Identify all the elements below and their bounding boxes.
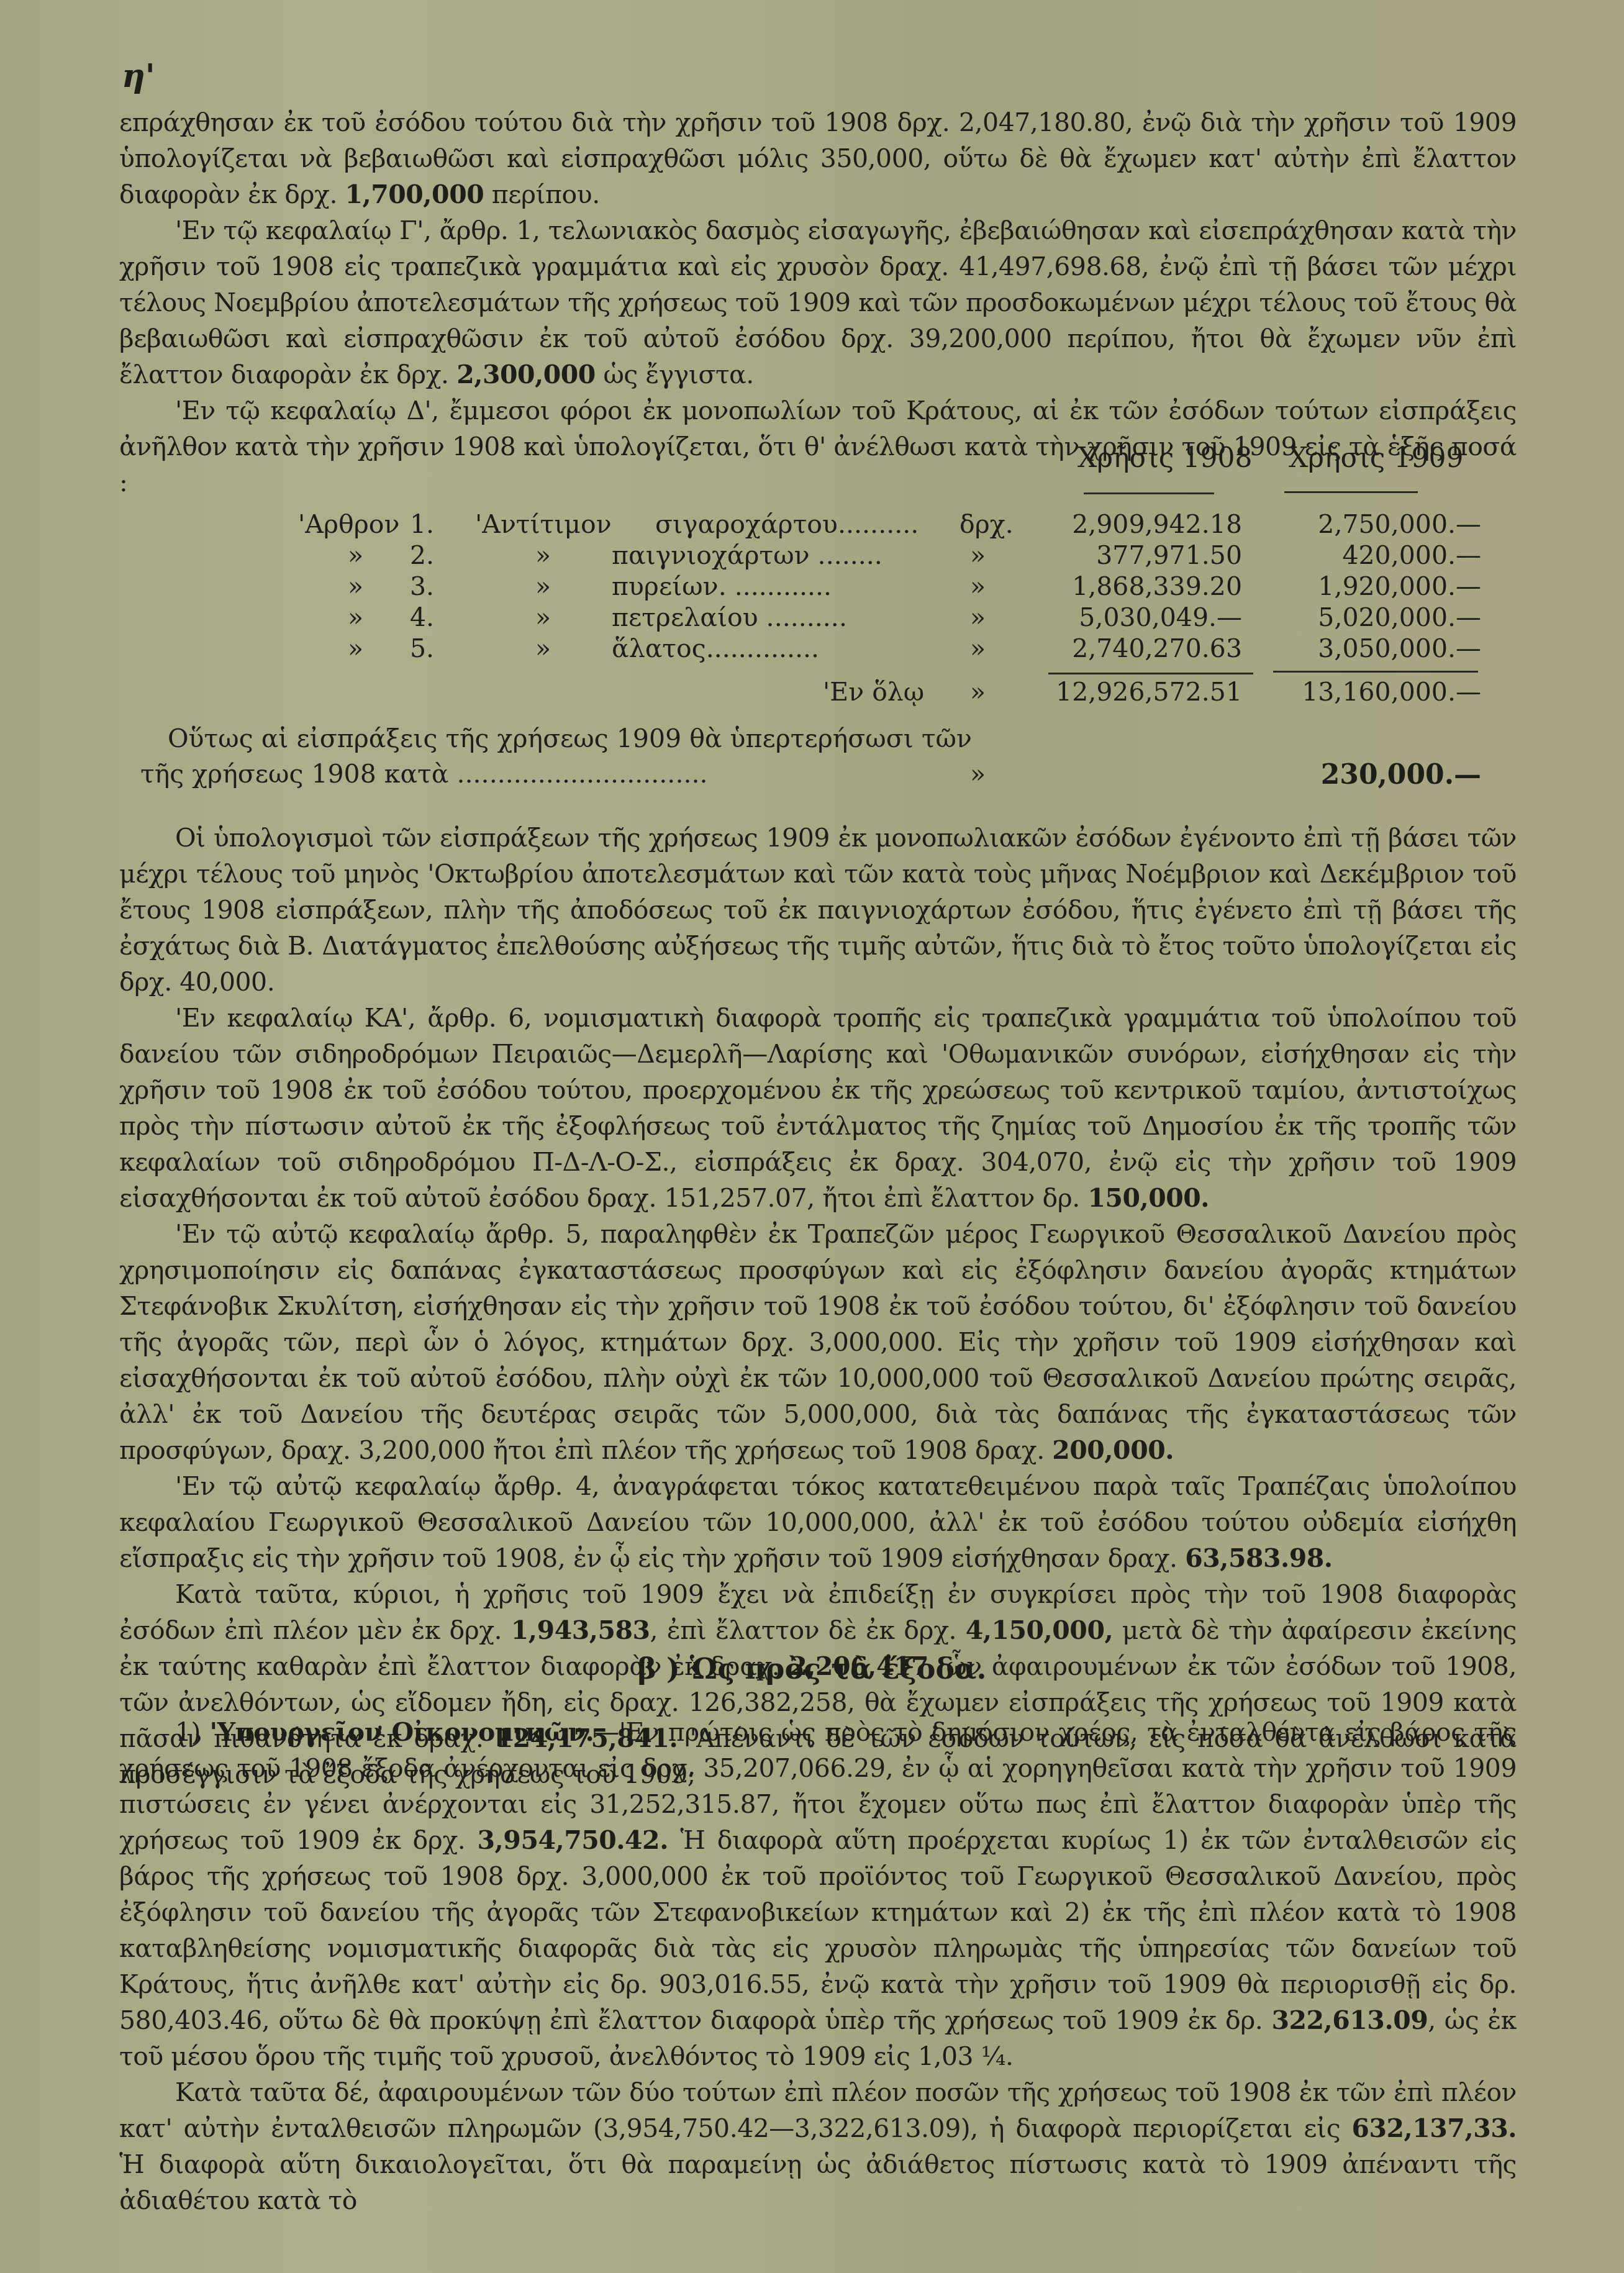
paragraph-p7: 'Εν τῷ αὐτῷ κεφαλαίῳ ἄρθρ. 4, ἀναγράφετα… xyxy=(119,1468,1517,1576)
article-label: » xyxy=(348,540,363,570)
item-name: πετρελαίου .......... xyxy=(612,602,847,632)
expense-text-block: 1) 'Υπουργεῖον Οἰκονομικῶν.—'Εν πρώτοις … xyxy=(119,1714,1517,2218)
total-1908: 12,926,572.51 xyxy=(1056,677,1242,707)
paragraph-tail: περίπου. xyxy=(484,179,600,209)
header-rule-1908 xyxy=(1084,492,1214,494)
article-label: » xyxy=(348,633,363,663)
column-header-1908: Χρῆσις 1908 xyxy=(1077,442,1252,474)
surplus-line-1: Οὕτως αἱ εἰσπράξεις τῆς χρήσεως 1909 θὰ … xyxy=(0,724,1624,760)
value-1909: 3,050,000.— xyxy=(1318,633,1481,663)
value-1909: 1,920,000.— xyxy=(1318,571,1481,601)
value-1909: 420,000.— xyxy=(1342,540,1481,570)
paragraph-text: 'Εν τῷ αὐτῷ κεφαλαίῳ ἄρθρ. 5, παραληφθὲν… xyxy=(119,1219,1517,1465)
paragraph-p10: Κατὰ ταῦτα δέ, ἀφαιρουμένων τῶν δύο τούτ… xyxy=(119,2074,1517,2218)
section-title-expenses: β ) Ὡς πρὸς τὰ ἔξοδα. xyxy=(0,1652,1624,1685)
paragraph-p9: 1) 'Υπουργεῖον Οἰκονομικῶν.—'Εν πρώτοις … xyxy=(119,1714,1517,2074)
sum-rule-1908 xyxy=(1048,673,1253,674)
paragraph-chapter-gamma: 'Εν τῷ κεφαλαίῳ Γ', ἄρθρ. 1, τελωνιακὸς … xyxy=(119,212,1517,392)
article-label: » xyxy=(348,571,363,601)
value-1908: 377,971.50 xyxy=(1096,540,1242,570)
paragraph-text: επράχθησαν ἐκ τοῦ ἐσόδου τούτου διὰ τὴν … xyxy=(119,107,1517,209)
value-1909: 2,750,000.— xyxy=(1318,509,1481,539)
surplus-text: Οὕτως αἱ εἰσπράξεις τῆς χρήσεως 1909 θὰ … xyxy=(168,724,972,753)
paragraph-text: , ἐπὶ ἔλαττον δὲ ἐκ δρχ. xyxy=(650,1615,966,1645)
table-total-row: 'Εν ὅλῳ » 12,926,572.51 13,160,000.— xyxy=(0,677,1624,713)
total-label: 'Εν ὅλῳ xyxy=(823,677,924,707)
paragraph-tail: ὡς ἔγγιστα. xyxy=(596,360,754,389)
article-number: 2. xyxy=(410,540,434,570)
item-name: παιγνιοχάρτων ........ xyxy=(612,540,882,570)
item-prefix: 'Αντίτιμον xyxy=(475,509,612,539)
article-number: 3. xyxy=(410,571,434,601)
item-prefix: » xyxy=(535,602,551,632)
paragraph-p5: 'Εν κεφαλαίῳ ΚΑ', ἄρθρ. 6, νομισματικὴ δ… xyxy=(119,1000,1517,1216)
bold-amount: 1,943,583 xyxy=(511,1615,650,1645)
value-1908: 2,740,270.63 xyxy=(1072,633,1242,663)
paragraph-p6: 'Εν τῷ αὐτῷ κεφαλαίῳ ἄρθρ. 5, παραληφθὲν… xyxy=(119,1216,1517,1468)
bold-amount: 632,137,33. xyxy=(1351,2113,1517,2143)
bold-amount: 4,150,000, xyxy=(966,1615,1114,1645)
paragraph-p4: Οἱ ὑπολογισμοὶ τῶν εἰσπράξεων τῆς χρήσεω… xyxy=(119,820,1517,1000)
article-number: 4. xyxy=(410,602,434,632)
surplus-unit: » xyxy=(970,759,986,789)
paragraph-text: 'Εν τῷ κεφαλαίῳ Γ', ἄρθρ. 1, τελωνιακὸς … xyxy=(119,216,1517,389)
value-1909: 5,020,000.— xyxy=(1318,602,1481,632)
article-number: 5. xyxy=(410,633,434,663)
item-name: πυρείων. ............ xyxy=(612,571,832,601)
article-label: 'Αρθρον xyxy=(298,509,399,539)
item-prefix: » xyxy=(535,571,551,601)
item-prefix: » xyxy=(535,540,551,570)
total-unit: » xyxy=(970,677,986,707)
paragraph-text: Ἡ διαφορὰ αὕτη δικαιολογεῖται, ὅτι θὰ πα… xyxy=(119,2149,1517,2215)
item-name: σιγαροχάρτου.......... xyxy=(655,509,919,539)
item-prefix: » xyxy=(535,633,551,663)
bold-amount: 200,000. xyxy=(1052,1435,1174,1465)
item-name: ἅλατος.............. xyxy=(612,633,819,663)
sum-rule-1909 xyxy=(1273,671,1478,673)
unit-label: » xyxy=(970,571,986,601)
paragraph-text: 'Εν κεφαλαίῳ ΚΑ', ἄρθρ. 6, νομισματικὴ δ… xyxy=(119,1003,1517,1213)
bold-amount: 3,954,750.42. xyxy=(478,1825,668,1855)
header-rule-1909 xyxy=(1284,491,1418,493)
article-number: 1. xyxy=(410,509,434,539)
total-1909: 13,160,000.— xyxy=(1302,677,1481,707)
bold-amount: 'Υπουργεῖον Οἰκονομικῶν. xyxy=(210,1717,594,1747)
bold-amount: 322,613.09 xyxy=(1271,2005,1428,2035)
paragraph-customs-prior: επράχθησαν ἐκ τοῦ ἐσόδου τούτου διὰ τὴν … xyxy=(119,104,1517,212)
column-header-1909: Χρῆσις 1909 xyxy=(1289,442,1463,474)
bold-amount: 2,300,000 xyxy=(456,360,596,389)
paragraph-text: Οἱ ὑπολογισμοὶ τῶν εἰσπράξεων τῆς χρήσεω… xyxy=(119,823,1517,997)
surplus-line-2: τῆς χρήσεως 1908 κατὰ ..................… xyxy=(0,759,1624,795)
unit-label: » xyxy=(970,602,986,632)
bold-amount: 150,000. xyxy=(1087,1183,1209,1213)
paragraph-text: Κατὰ ταῦτα δέ, ἀφαιρουμένων τῶν δύο τούτ… xyxy=(119,2077,1517,2143)
body-text-block: Οἱ ὑπολογισμοὶ τῶν εἰσπράξεων τῆς χρήσεω… xyxy=(119,820,1517,1792)
unit-label: » xyxy=(970,540,986,570)
bold-amount: 1,700,000 xyxy=(345,179,484,209)
paragraph-text: Ἡ διαφορὰ αὕτη προέρχεται κυρίως 1) ἐκ τ… xyxy=(119,1825,1517,2035)
article-label: » xyxy=(348,602,363,632)
page-number: η' xyxy=(122,57,155,95)
value-1908: 1,868,339.20 xyxy=(1072,571,1242,601)
paragraph-text: 1) xyxy=(175,1717,210,1747)
value-1908: 2,909,942.18 xyxy=(1072,509,1242,539)
unit-label: » xyxy=(970,633,986,663)
unit-label: δρχ. xyxy=(959,509,1014,539)
bold-amount: 63,583.98. xyxy=(1185,1543,1333,1573)
value-1908: 5,030,049.— xyxy=(1079,602,1242,632)
table-row: »5.»ἅλατος..............»2,740,270.633,0… xyxy=(0,633,1624,669)
surplus-text: τῆς χρήσεως 1908 κατὰ ..................… xyxy=(140,759,708,789)
surplus-value: 230,000.— xyxy=(1321,759,1481,791)
intro-text-block: επράχθησαν ἐκ τοῦ ἐσόδου τούτου διὰ τὴν … xyxy=(119,104,1517,501)
